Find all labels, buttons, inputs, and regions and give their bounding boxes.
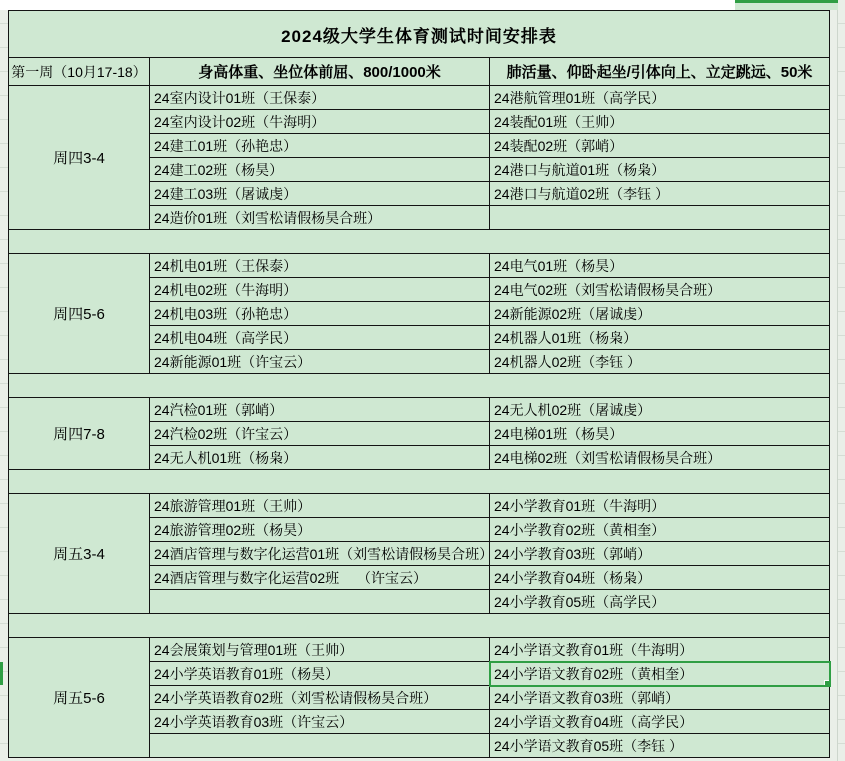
class-cell[interactable]: 24小学语文教育03班（郭峭） <box>490 686 830 710</box>
class-cell[interactable] <box>150 734 490 757</box>
class-cell[interactable]: 24旅游管理02班（杨昊） <box>150 518 490 542</box>
class-cell[interactable]: 24新能源01班（许宝云） <box>150 350 490 373</box>
class-cell[interactable]: 24汽检02班（许宝云） <box>150 422 490 446</box>
top-margin <box>0 0 735 10</box>
table-row: 24汽检02班（许宝云）24电梯01班（杨昊） <box>150 422 830 446</box>
class-cell[interactable]: 24小学语文教育05班（李钰 ） <box>490 734 830 757</box>
class-cell[interactable]: 24小学语文教育02班（黄相奎） <box>490 662 830 686</box>
separator-row <box>9 374 830 398</box>
left-margin-gridlines <box>0 0 8 761</box>
group-rows: 24机电01班（王保泰）24电气01班（杨昊）24机电02班（牛海明）24电气0… <box>150 254 830 373</box>
time-group-1: 周四5-624机电01班（王保泰）24电气01班（杨昊）24机电02班（牛海明）… <box>9 254 830 374</box>
class-cell[interactable]: 24电气02班（刘雪松请假杨昊合班） <box>490 278 830 302</box>
time-group-4: 周五5-624会展策划与管理01班（王帅）24小学语文教育01班（牛海明）24小… <box>9 638 830 758</box>
separator-row <box>9 470 830 494</box>
class-cell[interactable]: 24会展策划与管理01班（王帅） <box>150 638 490 662</box>
class-cell[interactable]: 24机电01班（王保泰） <box>150 254 490 278</box>
header-week-cell[interactable]: 第一周（10月17-18） <box>9 58 150 86</box>
table-row: 24小学教育05班（高学民） <box>150 590 830 613</box>
class-cell[interactable]: 24小学语文教育01班（牛海明） <box>490 638 830 662</box>
table-row: 24建工02班（杨昊）24港口与航道01班（杨枭） <box>150 158 830 182</box>
separator-row <box>9 614 830 638</box>
table-row: 24旅游管理01班（王帅）24小学教育01班（牛海明） <box>150 494 830 518</box>
class-cell[interactable]: 24室内设计02班（牛海明） <box>150 110 490 134</box>
class-cell[interactable]: 24室内设计01班（王保泰） <box>150 86 490 110</box>
group-rows: 24会展策划与管理01班（王帅）24小学语文教育01班（牛海明）24小学英语教育… <box>150 638 830 757</box>
class-cell[interactable]: 24小学英语教育03班（许宝云） <box>150 710 490 734</box>
class-cell[interactable]: 24机器人01班（杨枭） <box>490 326 830 350</box>
class-cell[interactable]: 24小学教育05班（高学民） <box>490 590 830 613</box>
time-group-3: 周五3-424旅游管理01班（王帅）24小学教育01班（牛海明）24旅游管理02… <box>9 494 830 614</box>
table-row: 24建工03班（屠诚虔）24港口与航道02班（李钰 ） <box>150 182 830 206</box>
class-cell[interactable]: 24装配01班（王帅） <box>490 110 830 134</box>
class-cell[interactable]: 24机电02班（牛海明） <box>150 278 490 302</box>
table-row: 24室内设计02班（牛海明）24装配01班（王帅） <box>150 110 830 134</box>
time-group-2: 周四7-824汽检01班（郭峭）24无人机02班（屠诚虔）24汽检02班（许宝云… <box>9 398 830 470</box>
class-cell[interactable] <box>490 206 830 229</box>
class-cell[interactable]: 24汽检01班（郭峭） <box>150 398 490 422</box>
class-cell[interactable]: 24小学教育03班（郭峭） <box>490 542 830 566</box>
time-slot-cell[interactable]: 周五5-6 <box>9 638 150 757</box>
class-cell[interactable]: 24建工02班（杨昊） <box>150 158 490 182</box>
group-rows: 24旅游管理01班（王帅）24小学教育01班（牛海明）24旅游管理02班（杨昊）… <box>150 494 830 613</box>
table-row: 24机电02班（牛海明）24电气02班（刘雪松请假杨昊合班） <box>150 278 830 302</box>
class-cell[interactable]: 24机器人02班（李钰 ） <box>490 350 830 373</box>
table-row: 24小学英语教育03班（许宝云）24小学语文教育04班（高学民） <box>150 710 830 734</box>
table-row: 24会展策划与管理01班（王帅）24小学语文教育01班（牛海明） <box>150 638 830 662</box>
class-cell[interactable]: 24新能源02班（屠诚虔） <box>490 302 830 326</box>
spreadsheet-canvas: 2024级大学生体育测试时间安排表 第一周（10月17-18） 身高体重、坐位体… <box>0 0 845 761</box>
class-cell[interactable]: 24酒店管理与数字化运营01班（刘雪松请假杨昊合班） <box>150 542 490 566</box>
class-cell[interactable]: 24电气01班（杨昊） <box>490 254 830 278</box>
class-cell[interactable]: 24小学教育04班（杨枭） <box>490 566 830 590</box>
class-cell[interactable]: 24电梯01班（杨昊） <box>490 422 830 446</box>
schedule-table: 2024级大学生体育测试时间安排表 第一周（10月17-18） 身高体重、坐位体… <box>8 10 830 758</box>
class-cell[interactable]: 24港口与航道01班（杨枭） <box>490 158 830 182</box>
class-cell[interactable]: 24小学教育02班（黄相奎） <box>490 518 830 542</box>
header-test-group-2-cell[interactable]: 肺活量、仰卧起坐/引体向上、立定跳远、50米 <box>490 58 830 86</box>
class-cell[interactable]: 24旅游管理01班（王帅） <box>150 494 490 518</box>
time-group-0: 周四3-424室内设计01班（王保泰）24港航管理01班（高学民）24室内设计0… <box>9 86 830 230</box>
class-cell[interactable]: 24小学语文教育04班（高学民） <box>490 710 830 734</box>
table-row: 24无人机01班（杨枭）24电梯02班（刘雪松请假杨昊合班） <box>150 446 830 469</box>
time-slot-cell[interactable]: 周五3-4 <box>9 494 150 613</box>
table-row: 24酒店管理与数字化运营01班（刘雪松请假杨昊合班）24小学教育03班（郭峭） <box>150 542 830 566</box>
class-cell[interactable]: 24电梯02班（刘雪松请假杨昊合班） <box>490 446 830 469</box>
table-row: 24酒店管理与数字化运营02班 （许宝云）24小学教育04班（杨枭） <box>150 566 830 590</box>
class-cell[interactable]: 24小学英语教育01班（杨昊） <box>150 662 490 686</box>
table-row: 24室内设计01班（王保泰）24港航管理01班（高学民） <box>150 86 830 110</box>
group-rows: 24室内设计01班（王保泰）24港航管理01班（高学民）24室内设计02班（牛海… <box>150 86 830 229</box>
table-row: 24小学英语教育01班（杨昊）24小学语文教育02班（黄相奎） <box>150 662 830 686</box>
class-cell[interactable]: 24无人机01班（杨枭） <box>150 446 490 469</box>
table-row: 24汽检01班（郭峭）24无人机02班（屠诚虔） <box>150 398 830 422</box>
top-right-cell-fragment <box>735 0 838 10</box>
class-cell[interactable]: 24机电04班（高学民） <box>150 326 490 350</box>
groups-container: 周四3-424室内设计01班（王保泰）24港航管理01班（高学民）24室内设计0… <box>9 86 830 758</box>
table-title: 2024级大学生体育测试时间安排表 <box>9 11 830 58</box>
fill-handle[interactable] <box>824 680 830 686</box>
class-cell[interactable]: 24酒店管理与数字化运营02班 （许宝云） <box>150 566 490 590</box>
active-row-indicator <box>0 662 3 685</box>
table-row: 24造价01班（刘雪松请假杨昊合班） <box>150 206 830 229</box>
table-row: 24小学语文教育05班（李钰 ） <box>150 734 830 757</box>
class-cell[interactable]: 24港航管理01班（高学民） <box>490 86 830 110</box>
header-row: 第一周（10月17-18） 身高体重、坐位体前屈、800/1000米 肺活量、仰… <box>9 58 830 86</box>
class-cell[interactable]: 24建工03班（屠诚虔） <box>150 182 490 206</box>
table-row: 24小学英语教育02班（刘雪松请假杨昊合班）24小学语文教育03班（郭峭） <box>150 686 830 710</box>
class-cell[interactable]: 24建工01班（孙艳忠） <box>150 134 490 158</box>
time-slot-cell[interactable]: 周四5-6 <box>9 254 150 373</box>
table-row: 24建工01班（孙艳忠）24装配02班（郭峭） <box>150 134 830 158</box>
right-margin-gridlines <box>837 0 845 761</box>
class-cell[interactable]: 24造价01班（刘雪松请假杨昊合班） <box>150 206 490 229</box>
time-slot-cell[interactable]: 周四7-8 <box>9 398 150 469</box>
class-cell[interactable]: 24无人机02班（屠诚虔） <box>490 398 830 422</box>
class-cell[interactable]: 24机电03班（孙艳忠） <box>150 302 490 326</box>
table-row: 24机电04班（高学民）24机器人01班（杨枭） <box>150 326 830 350</box>
table-row: 24旅游管理02班（杨昊）24小学教育02班（黄相奎） <box>150 518 830 542</box>
table-row: 24机电03班（孙艳忠）24新能源02班（屠诚虔） <box>150 302 830 326</box>
separator-row <box>9 230 830 254</box>
group-rows: 24汽检01班（郭峭）24无人机02班（屠诚虔）24汽检02班（许宝云）24电梯… <box>150 398 830 469</box>
header-test-group-1-cell[interactable]: 身高体重、坐位体前屈、800/1000米 <box>150 58 490 86</box>
class-cell[interactable]: 24装配02班（郭峭） <box>490 134 830 158</box>
table-row: 24新能源01班（许宝云）24机器人02班（李钰 ） <box>150 350 830 373</box>
class-cell[interactable]: 24小学英语教育02班（刘雪松请假杨昊合班） <box>150 686 490 710</box>
class-cell[interactable]: 24小学教育01班（牛海明） <box>490 494 830 518</box>
table-row: 24机电01班（王保泰）24电气01班（杨昊） <box>150 254 830 278</box>
time-slot-cell[interactable]: 周四3-4 <box>9 86 150 229</box>
class-cell[interactable]: 24港口与航道02班（李钰 ） <box>490 182 830 206</box>
class-cell[interactable] <box>150 590 490 613</box>
